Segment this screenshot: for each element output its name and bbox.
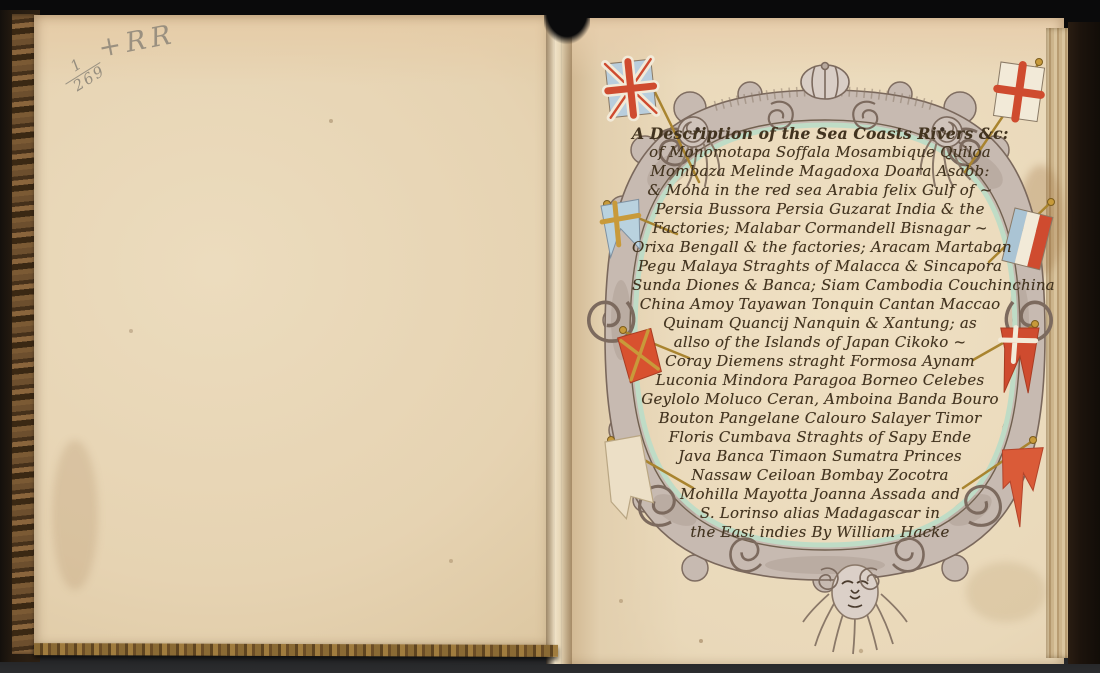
title-line: Java Banca Timaon Sumatra Princes — [632, 447, 1008, 466]
gilt-board-edge — [34, 643, 558, 657]
right-book-cover-edge — [1068, 22, 1100, 664]
title-line: & Moha in the red sea Arabia felix Gulf … — [632, 181, 1008, 200]
title-line: Persia Bussora Persia Guzarat India & th… — [632, 200, 1008, 219]
page-stain — [52, 440, 98, 590]
title-line: Orixa Bengall & the factories; Aracam Ma… — [632, 238, 1008, 257]
title-line: Geylolo Moluco Ceran, Amboina Banda Bour… — [632, 390, 1008, 409]
title-line: A Description of the Sea Coasts Rivers &… — [632, 124, 1008, 143]
title-line: Factories; Malabar Cormandell Bisnagar ~ — [632, 219, 1008, 238]
title-line: Nassaw Ceiloan Bombay Zocotra — [632, 466, 1008, 485]
title-line: Mohilla Mayotta Joanna Assada and — [632, 485, 1008, 504]
title-line: of Monomotapa Soffala Mosambique Quiloa — [632, 143, 1008, 162]
title-text-block: A Description of the Sea Coasts Rivers &… — [632, 124, 1008, 542]
title-line: China Amoy Tayawan Tonquin Cantan Maccao — [632, 295, 1008, 314]
book-gutter — [546, 14, 572, 664]
foxing-specks — [0, 0, 2, 2]
title-line: Pegu Malaya Straghts of Malacca & Sincap… — [632, 257, 1008, 276]
title-line: S. Lorinso alias Madagascar in — [632, 504, 1008, 523]
left-blank-page — [34, 15, 554, 647]
title-line: Quinam Quancij Nanquin & Xantung; as — [632, 314, 1008, 333]
photograph-of-open-book: +RR 1 269 — [0, 0, 1100, 673]
gourd-finial-icon — [801, 63, 849, 100]
title-line: allso of the Islands of Japan Cikoko ~ — [632, 333, 1008, 352]
title-line: the East indies By William Hacke — [632, 523, 1008, 542]
title-line: Floris Cumbava Straghts of Sapy Ende — [632, 428, 1008, 447]
title-line: Coray Diemens straght Formosa Aynam — [632, 352, 1008, 371]
title-line: Bouton Pangelane Calouro Salayer Timor — [632, 409, 1008, 428]
title-line: Sunda Diones & Banca; Siam Cambodia Couc… — [632, 276, 1008, 295]
title-line: Luconia Mindora Paragoa Borneo Celebes — [632, 371, 1008, 390]
title-line: Mombaza Melinde Magadoxa Doara Asabb: — [632, 162, 1008, 181]
